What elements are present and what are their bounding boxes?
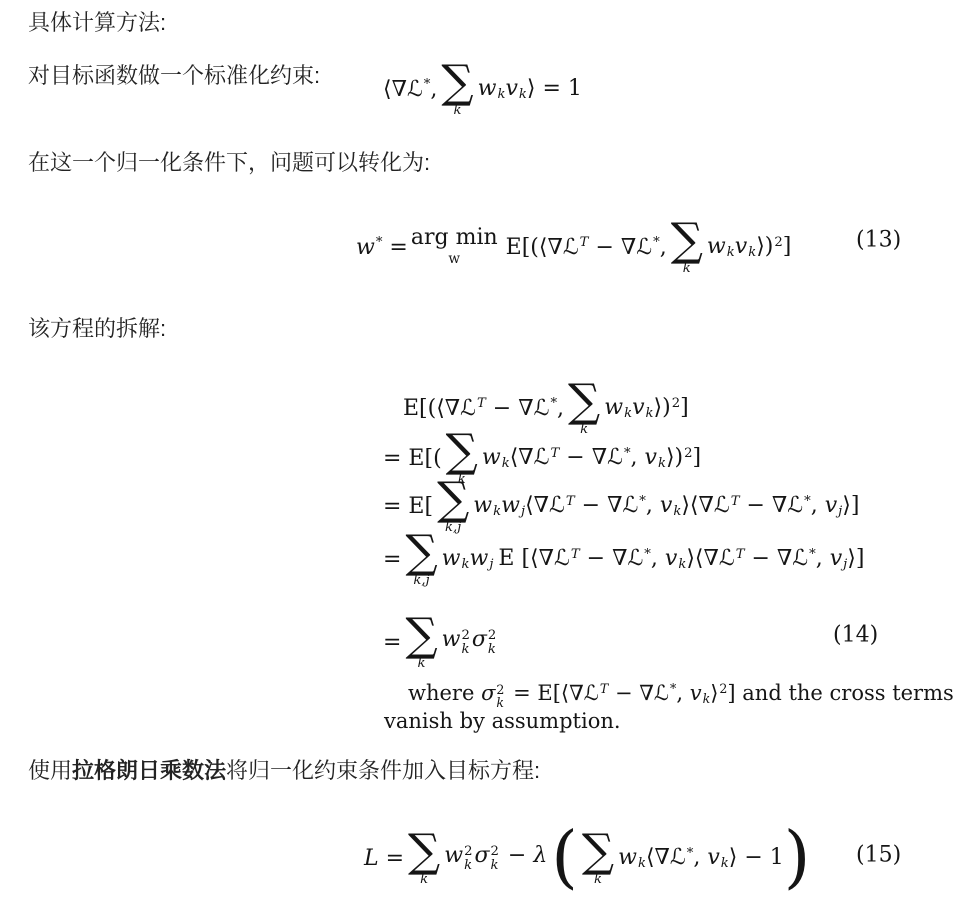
math-subscript: k xyxy=(491,859,499,873)
math-superscript: 2 xyxy=(464,845,472,859)
math-rm: = E[ xyxy=(383,494,433,519)
note-line-2: vanish by assumption. xyxy=(0,704,971,738)
math-it: w xyxy=(442,627,461,652)
math-superscript: T xyxy=(477,396,486,411)
math-rm: − xyxy=(501,843,533,868)
math-rm: , xyxy=(816,546,830,571)
document-page: { "page": {"background": "#ffffff", "tex… xyxy=(0,0,971,914)
math-subscript: k xyxy=(748,245,756,260)
math-it: v xyxy=(665,546,677,571)
equation-13: w* = arg minwE[(⟨∇ℒT − ∇ℒ*, ∑kwkvk⟩)2] (… xyxy=(0,207,971,287)
math-rm: ⟩ − 1 xyxy=(729,845,784,870)
math-run: wk⟨∇ℒT − ∇ℒ*, vk⟩)2] xyxy=(482,445,701,471)
math-it: v xyxy=(825,493,837,518)
math-rm: ] and the cross terms xyxy=(727,681,953,705)
math-rm: − ∇ℒ xyxy=(608,681,669,705)
math-run: = E[ xyxy=(383,494,433,519)
math-rm: ⟨∇ℒ xyxy=(646,845,686,870)
math-superscript: T xyxy=(731,494,740,509)
math-rm: ⟨∇ℒ xyxy=(510,445,550,470)
math-superscript: 2 xyxy=(684,446,692,461)
math-rm: ⟩) xyxy=(666,445,683,470)
math-it: v xyxy=(830,546,842,571)
math-run: = xyxy=(383,547,401,572)
math-subscript: k xyxy=(493,504,501,519)
paragraph-decomposition: 该方程的拆解: xyxy=(28,315,166,344)
math-supsub-base: σ2k xyxy=(474,843,500,873)
math-sum-operator: ∑k xyxy=(441,61,473,118)
math-subscript: k xyxy=(727,245,735,260)
math-rm: ⟩ xyxy=(710,681,718,705)
sum-index: k xyxy=(683,262,691,275)
math-run: L = xyxy=(364,846,404,871)
inline-equation-constraint-math: ⟨∇ℒ*, ∑kwkvk⟩ = 1 xyxy=(383,58,582,120)
math-subscript: k xyxy=(519,87,527,102)
equation-13-math: w* = arg minwE[(⟨∇ℒT − ∇ℒ*, ∑kwkvk⟩)2] xyxy=(356,207,791,287)
math-rm: − ∇ℒ xyxy=(559,445,623,470)
math-rm: = xyxy=(379,846,404,871)
math-run: wkvk⟩)2] xyxy=(604,395,688,421)
equation-15-number: (15) xyxy=(856,843,901,868)
derivation-line-4: = ∑k,jwkwjE [⟨∇ℒT − ∇ℒ*, vk⟩⟨∇ℒT − ∇ℒ*, … xyxy=(0,528,971,590)
math-sum-operator: ∑k xyxy=(408,830,440,887)
math-rm: vanish by assumption. xyxy=(384,709,621,733)
math-rm: − ∇ℒ xyxy=(745,546,809,571)
math-run: wk⟨∇ℒ*, vk⟩ − 1 xyxy=(618,845,784,871)
math-superscript: T xyxy=(551,446,560,461)
paragraph-problem-transform: 在这一个归一化条件下，问题可以转化为: xyxy=(28,149,430,178)
sigma-symbol: ∑ xyxy=(582,830,614,871)
math-run: w2kσ2k xyxy=(442,627,499,657)
math-sum-operator: ∑k xyxy=(671,219,703,276)
math-it: w xyxy=(482,445,501,470)
math-rm: , xyxy=(693,845,707,870)
sigma-symbol: ∑ xyxy=(405,531,437,572)
derivation-line-5-math: = ∑kw2kσ2k xyxy=(383,611,498,673)
math-run: E[(⟨∇ℒT − ∇ℒ*, xyxy=(506,235,667,260)
math-rm: ⟩) xyxy=(756,234,773,259)
math-run: w2kσ2k − λ xyxy=(444,843,547,873)
math-it: v xyxy=(505,76,517,101)
sigma-symbol: ∑ xyxy=(446,430,478,471)
math-supsub-stack: 2k xyxy=(461,629,469,657)
sum-index: k,j xyxy=(413,574,429,587)
math-argmin-operator: arg minw xyxy=(411,227,498,267)
math-rm: − ∇ℒ xyxy=(740,493,804,518)
math-rm: E[(⟨∇ℒ xyxy=(506,235,579,260)
math-rm: − ∇ℒ xyxy=(588,235,652,260)
math-it: w xyxy=(478,76,497,101)
math-it: w xyxy=(444,843,463,868)
math-superscript: 2 xyxy=(774,235,782,250)
math-supsub-stack: 2k xyxy=(491,845,499,873)
sigma-symbol: ∑ xyxy=(441,61,473,102)
math-superscript: 2 xyxy=(496,683,504,696)
math-rm: ⟨∇ℒ xyxy=(525,493,565,518)
math-it: L xyxy=(364,846,379,871)
math-subscript: k xyxy=(721,856,729,871)
math-rm: E[(⟨∇ℒ xyxy=(403,396,476,421)
math-rm: ] xyxy=(680,395,689,420)
math-superscript: 2 xyxy=(491,845,499,859)
equation-15: L = ∑kw2kσ2k − λ(∑kwk⟨∇ℒ*, vk⟩ − 1) (15) xyxy=(0,810,971,906)
math-rm: ⟩] xyxy=(842,493,859,518)
math-run: = E[( xyxy=(383,446,442,471)
sum-index: k xyxy=(420,873,428,886)
math-superscript: T xyxy=(571,547,580,562)
math-rm: ] xyxy=(693,445,702,470)
derivation-line-4-math: = ∑k,jwkwjE [⟨∇ℒT − ∇ℒ*, vk⟩⟨∇ℒT − ∇ℒ*, … xyxy=(383,528,864,590)
math-rm: ] xyxy=(783,234,792,259)
math-supsub-stack: 2k xyxy=(464,845,472,873)
math-rm: = xyxy=(383,547,401,572)
inline-equation-constraint: ⟨∇ℒ*, ∑kwkvk⟩ = 1 xyxy=(0,58,971,120)
math-run: vanish by assumption. xyxy=(384,709,621,733)
math-rm: ⟩) xyxy=(654,395,671,420)
paragraph-lagrange-pre: 使用 xyxy=(28,758,72,783)
math-rm: , xyxy=(676,681,689,705)
math-rm: ⟩ = 1 xyxy=(527,76,582,101)
math-superscript: * xyxy=(804,494,811,509)
math-rm: = E[⟨∇ℒ xyxy=(506,681,598,705)
math-sum-operator: ∑k,j xyxy=(405,531,437,588)
sigma-symbol: ∑ xyxy=(568,380,600,421)
math-rm: , xyxy=(651,546,665,571)
math-superscript: * xyxy=(639,494,646,509)
math-rm: ⟨∇ℒ xyxy=(383,77,423,102)
math-run: E [⟨∇ℒT − ∇ℒ*, vk⟩⟨∇ℒT − ∇ℒ*, vj⟩] xyxy=(498,546,864,572)
math-superscript: * xyxy=(653,235,660,250)
math-rm: , xyxy=(557,396,564,421)
math-run: ⟨∇ℒ*, xyxy=(383,77,437,102)
math-run: wkvk⟩ = 1 xyxy=(478,76,582,102)
math-superscript: 2 xyxy=(488,629,496,643)
math-rm: , xyxy=(631,445,645,470)
math-it: σ xyxy=(474,843,489,868)
heading-calculation-method: 具体计算方法: xyxy=(28,9,166,38)
math-supsub-base: w2k xyxy=(444,843,474,873)
sigma-symbol: ∑ xyxy=(405,614,437,655)
math-it: λ xyxy=(533,843,547,868)
math-subscript: k xyxy=(464,859,472,873)
equation-15-math: L = ∑kw2kσ2k − λ(∑kwk⟨∇ℒ*, vk⟩ − 1) xyxy=(364,810,810,906)
math-rm: , xyxy=(811,493,825,518)
math-superscript: * xyxy=(644,547,651,562)
math-rm: = xyxy=(383,630,401,655)
math-rm: , xyxy=(430,77,437,102)
math-run: E[(⟨∇ℒT − ∇ℒ*, xyxy=(403,396,564,421)
derivation-line-5: = ∑kw2kσ2k (14) xyxy=(0,611,971,673)
paragraph-lagrange-post: 将归一化约束条件加入目标方程: xyxy=(226,758,540,783)
math-run: wkvk⟩)2] xyxy=(707,234,791,260)
math-big-paren: ( xyxy=(551,831,578,884)
math-it: w xyxy=(356,235,375,260)
math-subscript: k xyxy=(624,406,632,421)
math-it: w xyxy=(501,493,520,518)
math-superscript: 2 xyxy=(672,396,680,411)
sigma-symbol: ∑ xyxy=(408,830,440,871)
math-supsub-base: w2k xyxy=(442,627,472,657)
math-it: w xyxy=(707,234,726,259)
math-it: σ xyxy=(481,681,495,705)
math-sum-operator: ∑k xyxy=(582,830,614,887)
math-it: v xyxy=(632,395,644,420)
math-supsub-stack: 2k xyxy=(488,629,496,657)
equation-13-number: (13) xyxy=(856,228,901,253)
sum-index: k xyxy=(453,104,461,117)
math-it: w xyxy=(473,493,492,518)
math-subscript: k xyxy=(502,456,510,471)
math-superscript: 2 xyxy=(461,629,469,643)
math-big-paren: ) xyxy=(784,831,811,884)
sum-index: k xyxy=(418,657,426,670)
math-rm: ⟩] xyxy=(847,546,864,571)
math-superscript: * xyxy=(809,547,816,562)
math-rm: where xyxy=(408,681,481,705)
math-superscript: T xyxy=(566,494,575,509)
math-rm: − ∇ℒ xyxy=(575,493,639,518)
math-rm: , xyxy=(660,235,667,260)
math-superscript: * xyxy=(624,446,631,461)
paragraph-lagrange: 使用拉格朗日乘数法将归一化约束条件加入目标方程: xyxy=(28,757,540,786)
math-it: σ xyxy=(472,627,487,652)
math-rm: , xyxy=(646,493,660,518)
math-it: v xyxy=(735,234,747,259)
note-line-2-text: vanish by assumption. xyxy=(384,704,621,738)
math-rm: − ∇ℒ xyxy=(580,546,644,571)
math-subscript: k xyxy=(488,643,496,657)
math-it: w xyxy=(604,395,623,420)
math-subscript: k xyxy=(638,856,646,871)
sigma-symbol: ∑ xyxy=(671,219,703,260)
math-sum-operator: ∑k xyxy=(405,614,437,671)
equation-14-number: (14) xyxy=(833,623,878,648)
math-it: v xyxy=(660,493,672,518)
math-it: v xyxy=(690,681,702,705)
math-it: v xyxy=(707,845,719,870)
sum-index: k xyxy=(594,873,602,886)
argmin-label: arg min xyxy=(411,227,498,249)
math-run: w* = xyxy=(356,235,408,260)
math-it: w xyxy=(469,546,488,571)
math-sum-operator: ∑k,j xyxy=(437,478,469,535)
math-run: wkwj xyxy=(442,546,494,572)
math-superscript: T xyxy=(736,547,745,562)
math-rm: = E[( xyxy=(383,446,442,471)
math-subscript: k xyxy=(461,643,469,657)
math-rm: ⟩⟨∇ℒ xyxy=(686,546,734,571)
paragraph-lagrange-bold: 拉格朗日乘数法 xyxy=(72,758,226,783)
math-run: wkwj⟨∇ℒT − ∇ℒ*, vk⟩⟨∇ℒT − ∇ℒ*, vj⟩] xyxy=(473,493,859,519)
math-rm: − ∇ℒ xyxy=(486,396,550,421)
math-it: w xyxy=(442,546,461,571)
math-supsub-base: σ2k xyxy=(472,627,498,657)
math-rm: = xyxy=(382,235,407,260)
argmin-index: w xyxy=(448,253,460,267)
math-subscript: k xyxy=(658,456,666,471)
math-it: w xyxy=(618,845,637,870)
math-rm: ⟩⟨∇ℒ xyxy=(681,493,729,518)
math-subscript: k xyxy=(646,406,654,421)
math-run: = xyxy=(383,630,401,655)
math-rm: E [⟨∇ℒ xyxy=(498,546,569,571)
sigma-symbol: ∑ xyxy=(437,478,469,519)
math-it: v xyxy=(645,445,657,470)
